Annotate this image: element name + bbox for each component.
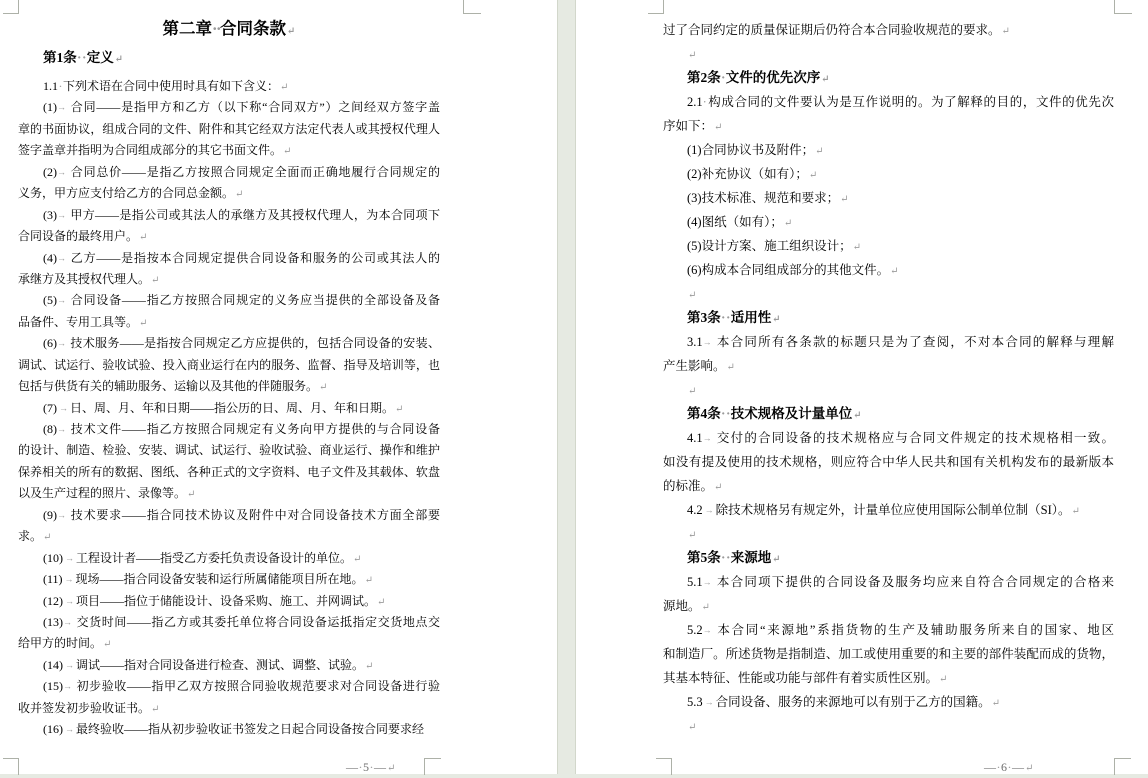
paragraph-mark: ↵ <box>387 763 395 774</box>
paragraph-mark: ↵ <box>365 575 373 586</box>
paragraph-mark: ↵ <box>772 554 780 565</box>
body-text-line: 5.3→合同设备、服务的来源地可以有别于乙方的国籍。↵ <box>663 690 1114 714</box>
text-run: 其基本特征、性能或功能与部件有着实质性区别。 <box>663 671 938 685</box>
text-boundary-crop-mark <box>648 0 664 14</box>
body-text-line: 给甲方的时间。↵ <box>18 633 440 654</box>
paragraph-mark: ↵ <box>43 532 51 543</box>
text-run: 第5条 <box>687 550 721 565</box>
body-text-line: (10)→工程设计者——指受乙方委托负责设备设计的单位。↵ <box>18 548 440 569</box>
paragraph-mark: ↵ <box>688 530 696 541</box>
paragraph-mark: ↵ <box>283 146 291 157</box>
body-text-line: (5)设计方案、施工组织设计；↵ <box>663 234 1114 258</box>
text-run: 包括与供货有关的辅助服务、运输以及其他的伴随服务。 <box>18 379 318 393</box>
text-run: 第3条 <box>687 310 721 325</box>
tab-arrow-mark: → <box>57 162 70 183</box>
text-run: (5)设计方案、施工组织设计； <box>687 239 852 253</box>
text-run: 第1条 <box>43 50 77 65</box>
body-text-line: (4)图纸（如有）；↵ <box>663 210 1114 234</box>
text-run: 源地。 <box>663 599 701 613</box>
text-run: (3)技术标准、规范和要求； <box>687 191 839 205</box>
text-run: (1)合同协议书及附件； <box>687 143 814 157</box>
body-text-line: (12)→项目——指位于储能设计、设备采购、施工、并网调试。↵ <box>18 591 440 612</box>
body-text-line: (2)补充协议（如有）；↵ <box>663 162 1114 186</box>
article-heading-line: 第4条··技术规格及计量单位↵ <box>663 402 1114 426</box>
tab-arrow-mark: → <box>703 618 716 642</box>
text-boundary-crop-mark <box>424 758 441 775</box>
tab-arrow-mark: → <box>703 570 716 594</box>
paragraph-mark: ↵ <box>853 242 861 253</box>
text-boundary-crop-mark <box>463 0 481 14</box>
paragraph-mark: ↵ <box>840 194 848 205</box>
body-text-line: 合同设备的最终用户。↵ <box>18 226 440 247</box>
text-run: 签字盖章并指明为合同组成部分的其它书面文件。 <box>18 143 282 157</box>
text-run: — <box>1012 760 1024 774</box>
body-text-line: (6)构成本合同组成部分的其他文件。↵ <box>663 258 1114 282</box>
document-page-right[interactable]: 过了合同约定的质量保证期后仍符合本合同验收规范的要求。↵↵第2条·文件的优先次序… <box>575 0 1148 774</box>
text-run: 合同——是指甲方和乙方（以下称“合同双方”）之间经双方签字盖 <box>70 100 440 114</box>
body-text-line: 求。↵ <box>18 526 440 547</box>
text-run: 合同设备的最终用户。 <box>18 229 138 243</box>
paragraph-mark: ↵ <box>353 554 361 565</box>
paragraph-mark: ↵ <box>939 674 947 685</box>
text-run: 下列术语在合同中使用时具有如下含义： <box>63 79 279 93</box>
text-run: 求。 <box>18 529 42 543</box>
paragraph-mark: ↵ <box>727 362 735 373</box>
text-run: 第4条 <box>687 406 721 421</box>
text-run: 日、周、月、年和日期——指公历的日、周、月、年和日期。 <box>70 401 394 415</box>
text-run: (6)构成本合同组成部分的其他文件。 <box>687 263 889 277</box>
body-text-line: ↵ <box>663 282 1114 306</box>
body-text-line: 的标准。↵ <box>663 474 1114 498</box>
text-run: 4.2 <box>687 503 703 517</box>
text-run: 给甲方的时间。 <box>18 636 102 650</box>
body-text-line: ↵ <box>663 42 1114 66</box>
text-run: — <box>346 760 358 774</box>
tab-arrow-mark: → <box>57 290 70 311</box>
paragraph-mark: ↵ <box>103 639 111 650</box>
text-boundary-crop-mark <box>1114 0 1132 14</box>
paragraph-mark: ↵ <box>992 698 1000 709</box>
tab-arrow-mark: → <box>703 690 716 714</box>
text-run: 合同设备——指乙方按照合同规定的义务应当提供的全部设备及备 <box>70 293 440 307</box>
text-run: 合同条款 <box>220 19 286 38</box>
body-text-line: 3.1→本合同所有各条款的标题只是为了查阅，不对本合同的解释与理解 <box>663 330 1114 354</box>
text-run: 技术文件——指乙方按照合同规定有义务向甲方提供的与合同设备 <box>70 422 440 436</box>
text-run: 序如下： <box>663 119 713 133</box>
body-text-line: 如没有提及使用的技术规格，则应符合中华人民共和国有关机构发布的最新版本 <box>663 450 1114 474</box>
body-text-line: 4.2→除技术规格另有规定外，计量单位应使用国际公制单位制（SI）。↵ <box>663 498 1114 522</box>
tab-arrow-mark: → <box>703 426 716 450</box>
body-text-line: (3)→甲方——是指公司或其法人的承继方及其授权代理人，为本合同项下 <box>18 205 440 226</box>
text-boundary-crop-mark <box>3 0 19 14</box>
paragraph-mark: ↵ <box>688 386 696 397</box>
text-run: (4)图纸（如有）； <box>687 215 783 229</box>
paragraph-mark: ↵ <box>151 275 159 286</box>
article-heading-line: 第1条··定义↵ <box>18 44 440 72</box>
text-run: 来源地 <box>731 550 772 565</box>
text-run: 品备件、专用工具等。 <box>18 315 138 329</box>
paragraph-mark: ↵ <box>151 704 159 715</box>
text-run: (1) <box>43 100 57 114</box>
body-text-line: (7)→日、周、月、年和日期——指公历的日、周、月、年和日期。↵ <box>18 398 440 419</box>
body-text-line: 调试、试运行、验收试验、投入商业运行在内的服务、监督、指导及培训等，也 <box>18 355 440 376</box>
body-text-line: 的设计、制造、检验、安装、调试、试运行、验收试验、商业运行、操作和维护 <box>18 440 440 461</box>
text-run: (6) <box>43 336 57 350</box>
paragraph-mark: ↵ <box>714 482 722 493</box>
text-run: 项目——指位于储能设计、设备采购、施工、并网调试。 <box>76 594 376 608</box>
text-run: 章的书面协议，组成合同的文件、附件和其它经双方法定代表人或其授权代理人 <box>18 122 440 136</box>
tab-arrow-mark: → <box>63 655 76 676</box>
body-text-line: 承继方及其授权代理人。↵ <box>18 269 440 290</box>
body-text-line: (14)→调试——指对合同设备进行检查、测试、调整、试验。↵ <box>18 655 440 676</box>
paragraph-mark: ↵ <box>1025 763 1033 774</box>
text-run: 5.2 <box>687 623 703 637</box>
body-text-line: (3)技术标准、规范和要求；↵ <box>663 186 1114 210</box>
paragraph-mark: ↵ <box>784 218 792 229</box>
text-run: (2)补充协议（如有）； <box>687 167 808 181</box>
paragraph-mark: ↵ <box>702 602 710 613</box>
text-run: 5.3 <box>687 695 703 709</box>
paragraph-mark: ↵ <box>235 189 243 200</box>
paragraph-mark: ↵ <box>815 146 823 157</box>
text-run: (5) <box>43 293 57 307</box>
body-text-line: ↵ <box>663 378 1114 402</box>
text-run: 的设计、制造、检验、安装、调试、试运行、验收试验、商业运行、操作和维护 <box>18 443 440 457</box>
text-run: 合同设备、服务的来源地可以有别于乙方的国籍。 <box>716 695 991 709</box>
text-run: 5.1 <box>687 575 703 589</box>
body-text-line: (2)→合同总价——是指乙方按照合同规定全面而正确地履行合同规定的 <box>18 162 440 183</box>
body-text-line: (15)→初步验收——指甲乙双方按照合同验收规范要求对合同设备进行验 <box>18 676 440 697</box>
text-run: 本合同所有各条款的标题只是为了查阅，不对本合同的解释与理解 <box>716 335 1114 349</box>
text-run: 调试——指对合同设备进行检查、测试、调整、试验。 <box>76 658 364 672</box>
text-run: 技术规格及计量单位 <box>731 406 853 421</box>
body-text-line: 5.1→本合同项下提供的合同设备及服务均应来自符合合同规定的合格来 <box>663 570 1114 594</box>
paragraph-mark: ↵ <box>714 122 722 133</box>
body-text-line: 1.1·下列术语在合同中使用时具有如下含义：↵ <box>18 76 440 97</box>
tab-arrow-mark: → <box>57 419 70 440</box>
paragraph-mark: ↵ <box>139 318 147 329</box>
text-run: (9) <box>43 508 57 522</box>
document-page-left[interactable]: 第二章··合同条款↵第1条··定义↵1.1·下列术语在合同中使用时具有如下含义：… <box>0 0 558 774</box>
tab-arrow-mark: → <box>703 330 716 354</box>
body-text-line: ↵ <box>663 714 1114 738</box>
text-run: 1.1 <box>43 79 58 93</box>
article-heading-line: 第5条··来源地↵ <box>663 546 1114 570</box>
body-text-line: (13)→交货时间——指乙方或其委托单位将合同设备运抵指定交货地点交 <box>18 612 440 633</box>
text-run: 现场——指合同设备安装和运行所属储能项目所在地。 <box>76 572 364 586</box>
paragraph-mark: ↵ <box>853 410 861 421</box>
body-text-line: 以及生产过程的照片、录像等。↵ <box>18 483 440 504</box>
tab-arrow-mark: → <box>703 498 716 522</box>
text-run: 工程设计者——指受乙方委托负责设备设计的单位。 <box>76 551 352 565</box>
tab-arrow-mark: → <box>63 612 76 633</box>
text-run: 以及生产过程的照片、录像等。 <box>18 486 186 500</box>
text-run: 调试、试运行、验收试验、投入商业运行在内的服务、监督、指导及培训等，也 <box>18 358 440 372</box>
text-run: 初步验收——指甲乙双方按照合同验收规范要求对合同设备进行验 <box>76 679 440 693</box>
text-run: — <box>984 760 996 774</box>
body-text-line: 义务，甲方应支付给乙方的合同总金额。↵ <box>18 183 440 204</box>
text-run: 和制造厂。所述货物是指制造、加工或使用重要的和主要的部件装配而成的货物， <box>663 647 1114 661</box>
page-text-area[interactable]: 第二章··合同条款↵第1条··定义↵1.1·下列术语在合同中使用时具有如下含义：… <box>18 14 440 741</box>
body-text-line: 过了合同约定的质量保证期后仍符合本合同验收规范的要求。↵ <box>663 18 1114 42</box>
text-run: 产生影响。 <box>663 359 726 373</box>
paragraph-mark: ↵ <box>772 314 780 325</box>
tab-arrow-mark: → <box>57 97 70 118</box>
text-run: 交付的合同设备的技术规格应与合同文件规定的技术规格相一致。 <box>716 431 1114 445</box>
body-text-line: (16)→最终验收——指从初步验收证书签发之日起合同设备按合同要求经 <box>18 719 440 740</box>
text-run: 除技术规格另有规定外，计量单位应使用国际公制单位制（SI）。 <box>716 503 1071 517</box>
paragraph-mark: ↵ <box>1072 506 1080 517</box>
text-run: (7) <box>43 401 57 415</box>
paragraph-mark: ↵ <box>365 661 373 672</box>
text-run: (8) <box>43 422 57 436</box>
body-text-line: 品备件、专用工具等。↵ <box>18 312 440 333</box>
body-text-line: 保养相关的所有的数据、图纸、各种正式的文字资料、电子文件及其载体、软盘 <box>18 462 440 483</box>
paragraph-mark: ↵ <box>115 54 123 65</box>
body-text-line: (9)→技术要求——指合同技术协议及附件中对合同设备技术方面全部要 <box>18 505 440 526</box>
tab-arrow-mark: → <box>57 398 70 419</box>
paragraph-mark: ↵ <box>139 232 147 243</box>
text-run: (11) <box>43 572 63 586</box>
text-run: (3) <box>43 208 57 222</box>
text-run: 本合同“来源地”系指货物的生产及辅助服务所来自的国家、地区 <box>716 623 1114 637</box>
text-run: 构成合同的文件要认为是互作说明的。为了解释的目的，文件的优先次 <box>708 95 1114 109</box>
text-run: (10) <box>43 551 63 565</box>
text-run: (13) <box>43 615 63 629</box>
text-run: 定义 <box>87 50 114 65</box>
text-boundary-crop-mark <box>656 758 672 775</box>
paragraph-mark: ↵ <box>809 170 817 181</box>
body-text-line: 产生影响。↵ <box>663 354 1114 378</box>
paragraph-mark: ↵ <box>287 26 295 37</box>
page-text-area[interactable]: 过了合同约定的质量保证期后仍符合本合同验收规范的要求。↵↵第2条·文件的优先次序… <box>663 18 1114 738</box>
text-run: (14) <box>43 658 63 672</box>
tab-arrow-mark: → <box>57 333 70 354</box>
body-text-line: 签字盖章并指明为合同组成部分的其它书面文件。↵ <box>18 140 440 161</box>
text-run: 过了合同约定的质量保证期后仍符合本合同验收规范的要求。 <box>663 23 1001 37</box>
body-text-line: 包括与供货有关的辅助服务、运输以及其他的伴随服务。↵ <box>18 376 440 397</box>
tab-arrow-mark: → <box>63 591 76 612</box>
text-run: 第二章 <box>163 19 213 38</box>
text-run: 技术要求——指合同技术协议及附件中对合同设备技术方面全部要 <box>70 508 440 522</box>
body-text-line: 收并签发初步验收证书。↵ <box>18 698 440 719</box>
text-run: (15) <box>43 679 63 693</box>
body-text-line: (8)→技术文件——指乙方按照合同规定有义务向甲方提供的与合同设备 <box>18 419 440 440</box>
body-text-line: ↵ <box>663 522 1114 546</box>
page-footer: —·6·—↵ <box>984 760 1033 774</box>
text-run: 4.1 <box>687 431 703 445</box>
paragraph-mark: ↵ <box>890 266 898 277</box>
paragraph-mark: ↵ <box>688 50 696 61</box>
paragraph-mark: ↵ <box>377 597 385 608</box>
text-run: 乙方——是指按本合同规定提供合同设备和服务的公司或其法人的 <box>70 251 440 265</box>
text-run: 保养相关的所有的数据、图纸、各种正式的文字资料、电子文件及其载体、软盘 <box>18 465 440 479</box>
body-text-line: 源地。↵ <box>663 594 1114 618</box>
text-run: 甲方——是指公司或其法人的承继方及其授权代理人，为本合同项下 <box>70 208 440 222</box>
text-run: 技术服务——是指按合同规定乙方应提供的，包括合同设备的安装、 <box>70 336 440 350</box>
text-run: 最终验收——指从初步验收证书签发之日起合同设备按合同要求经 <box>76 722 424 736</box>
text-run: 适用性 <box>731 310 772 325</box>
text-run: (4) <box>43 251 57 265</box>
document-canvas: { "colors": { "canvas_bg": "#e6eae2", "p… <box>0 0 1148 778</box>
text-run: 的标准。 <box>663 479 713 493</box>
paragraph-mark: ↵ <box>280 82 288 93</box>
paragraph-mark: ↵ <box>1002 26 1010 37</box>
text-run: 本合同项下提供的合同设备及服务均应来自符合合同规定的合格来 <box>716 575 1114 589</box>
paragraph-mark: ↵ <box>688 290 696 301</box>
text-run: — <box>374 760 386 774</box>
text-run: (12) <box>43 594 63 608</box>
body-text-line: 5.2→本合同“来源地”系指货物的生产及辅助服务所来自的国家、地区 <box>663 618 1114 642</box>
text-run: 合同总价——是指乙方按照合同规定全面而正确地履行合同规定的 <box>70 165 440 179</box>
text-run: 义务，甲方应支付给乙方的合同总金额。 <box>18 186 234 200</box>
tab-arrow-mark: → <box>63 719 76 740</box>
body-text-line: 和制造厂。所述货物是指制造、加工或使用重要的和主要的部件装配而成的货物， <box>663 642 1114 666</box>
article-heading-line: 第2条·文件的优先次序↵ <box>663 66 1114 90</box>
text-run: (2) <box>43 165 57 179</box>
tab-arrow-mark: → <box>63 569 76 590</box>
paragraph-mark: ↵ <box>821 74 829 85</box>
tab-arrow-mark: → <box>63 548 76 569</box>
body-text-line: (5)→合同设备——指乙方按照合同规定的义务应当提供的全部设备及备 <box>18 290 440 311</box>
tab-arrow-mark: → <box>57 505 70 526</box>
text-run: 如没有提及使用的技术规格，则应符合中华人民共和国有关机构发布的最新版本 <box>663 455 1114 469</box>
article-heading-line: 第3条··适用性↵ <box>663 306 1114 330</box>
body-text-line: 4.1→交付的合同设备的技术规格应与合同文件规定的技术规格相一致。 <box>663 426 1114 450</box>
text-run: 承继方及其授权代理人。 <box>18 272 150 286</box>
tab-arrow-mark: → <box>57 205 70 226</box>
text-run: 3.1 <box>687 335 703 349</box>
body-text-line: 章的书面协议，组成合同的文件、附件和其它经双方法定代表人或其授权代理人 <box>18 119 440 140</box>
body-text-line: (6)→技术服务——是指按合同规定乙方应提供的，包括合同设备的安装、 <box>18 333 440 354</box>
body-text-line: 其基本特征、性能或功能与部件有着实质性区别。↵ <box>663 666 1114 690</box>
tab-arrow-mark: → <box>57 248 70 269</box>
body-text-line: (1)合同协议书及附件；↵ <box>663 138 1114 162</box>
body-text-line: (11)→现场——指合同设备安装和运行所属储能项目所在地。↵ <box>18 569 440 590</box>
text-run: 交货时间——指乙方或其委托单位将合同设备运抵指定交货地点交 <box>76 615 440 629</box>
text-run: 收并签发初步验收证书。 <box>18 701 150 715</box>
text-run: 文件的优先次序 <box>726 70 821 85</box>
body-text-line: 序如下：↵ <box>663 114 1114 138</box>
body-text-line: (4)→乙方——是指按本合同规定提供合同设备和服务的公司或其法人的 <box>18 248 440 269</box>
tab-arrow-mark: → <box>63 676 76 697</box>
page-footer: —·5·—↵ <box>346 760 395 774</box>
body-text-line: (1)→合同——是指甲方和乙方（以下称“合同双方”）之间经双方签字盖 <box>18 97 440 118</box>
text-boundary-crop-mark <box>3 758 19 775</box>
paragraph-mark: ↵ <box>395 404 403 415</box>
paragraph-mark: ↵ <box>319 382 327 393</box>
chapter-title-line: 第二章··合同条款↵ <box>18 14 440 44</box>
text-run: 2.1 <box>687 95 703 109</box>
paragraph-mark: ↵ <box>688 722 696 733</box>
body-text-line: 2.1·构成合同的文件要认为是互作说明的。为了解释的目的，文件的优先次 <box>663 90 1114 114</box>
text-run: 第2条 <box>687 70 721 85</box>
text-run: (16) <box>43 722 63 736</box>
text-boundary-crop-mark <box>1114 758 1131 775</box>
paragraph-mark: ↵ <box>187 489 195 500</box>
